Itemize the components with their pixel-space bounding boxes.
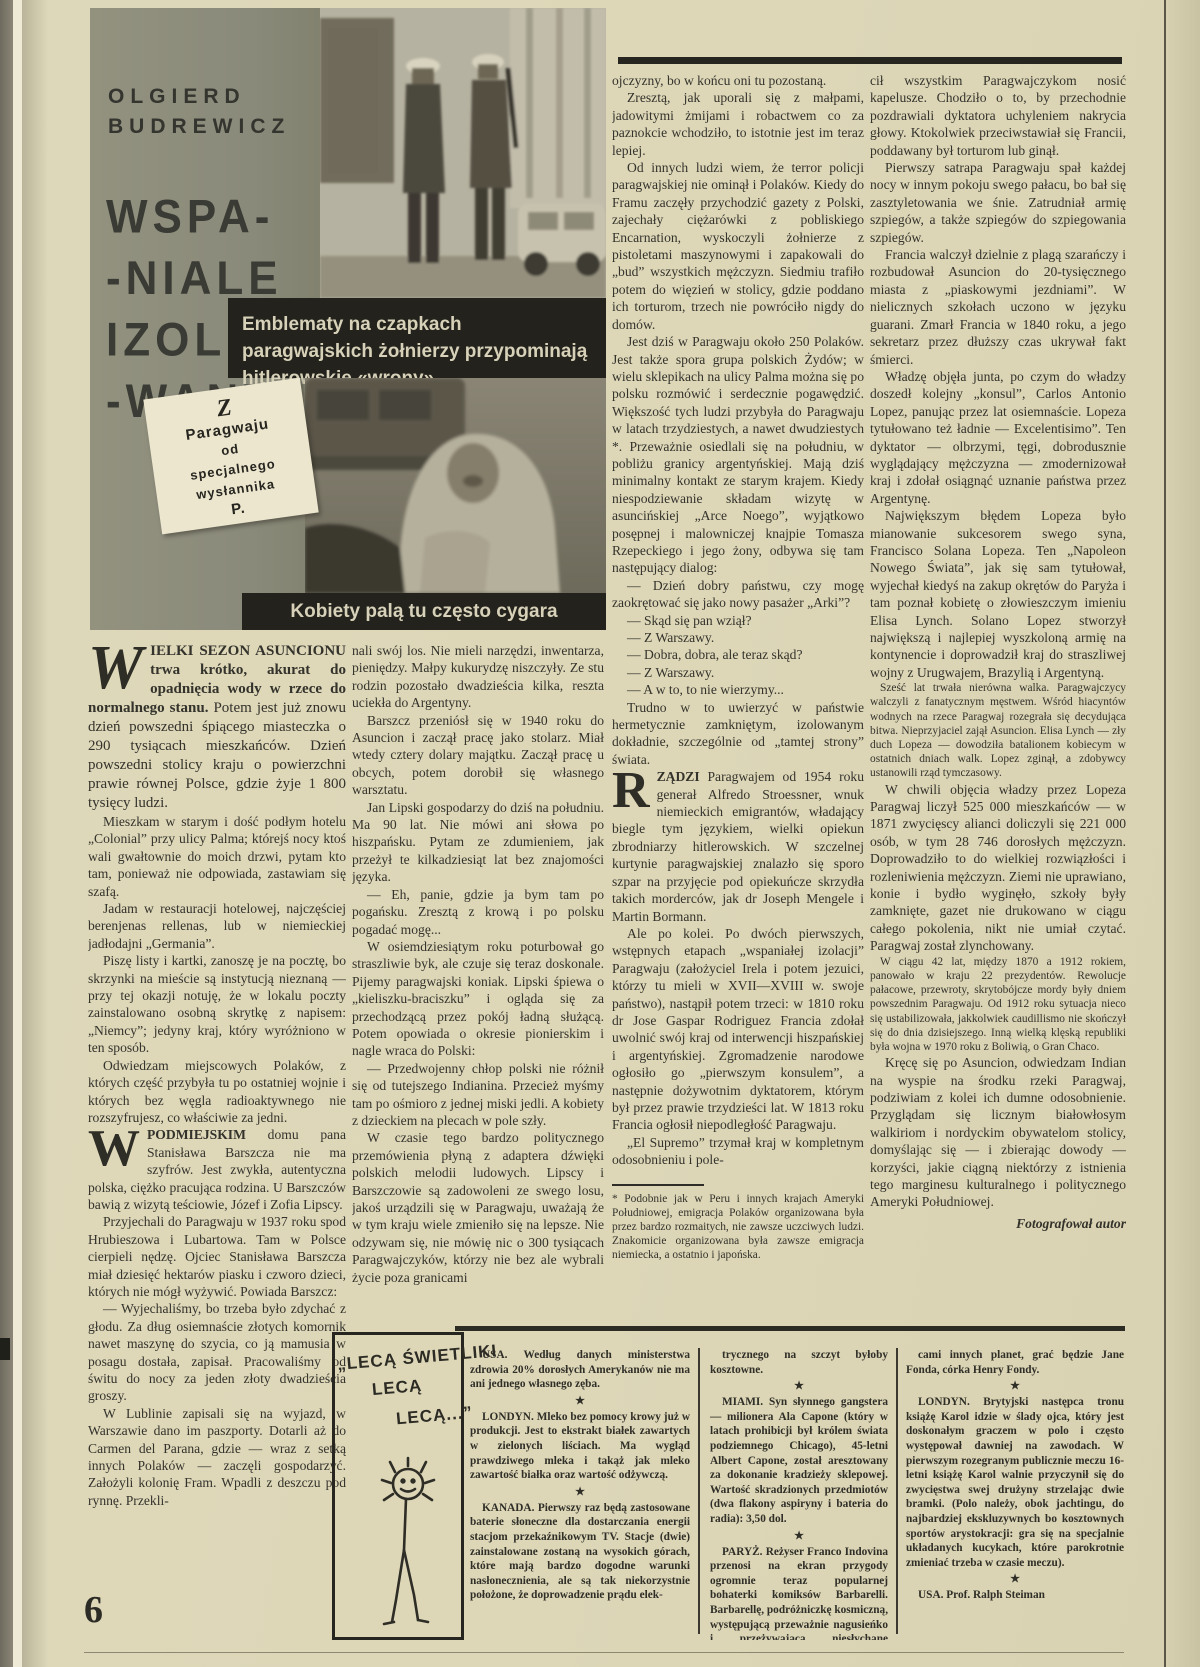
photo-soldiers-image	[320, 8, 606, 298]
page-number: 6	[84, 1588, 103, 1632]
article-column-3: ojczyzny, bo w końcu oni tu pozostaną.Zr…	[612, 72, 864, 1322]
star-separator: ★	[710, 1529, 888, 1543]
news-divider-2	[896, 1348, 898, 1634]
article-paragraph: W ciągu 42 lat, między 1870 a 1912 rokie…	[870, 955, 1126, 1054]
article-paragraph: Sześć lat trwała nierówna walka. Paragwa…	[870, 681, 1126, 780]
news-item: KANADA. Pierwszy raz będą zastosowane ba…	[470, 1501, 690, 1603]
article-paragraph: Fotografował autor	[870, 1211, 1126, 1232]
article-paragraph: — A w to, to nie wierzymy...	[612, 681, 864, 698]
article-paragraph: Pierwszy satrapa Paragwaju spał każdej n…	[870, 159, 1126, 246]
author-line2: BUDREWICZ	[108, 112, 320, 142]
star-separator: ★	[470, 1394, 690, 1408]
article-paragraph: — Skąd się pan wziął?	[612, 612, 864, 629]
article-paragraph: WIELKI SEZON ASUNCIONU trwa krótko, akur…	[88, 642, 346, 813]
article-paragraph: — Z Warszawy.	[612, 664, 864, 681]
star-separator: ★	[470, 1485, 690, 1499]
firefly-doodle	[370, 1450, 440, 1635]
article-paragraph: * Podobnie jak w Peru i innych krajach A…	[612, 1179, 864, 1262]
article-paragraph: Zresztą, jak uporali się z małpami, jado…	[612, 89, 864, 159]
news-section-rule	[455, 1326, 1125, 1331]
article-paragraph: Barszcz przeniósł się w 1940 roku do Asu…	[352, 712, 604, 799]
star-separator: ★	[906, 1379, 1124, 1393]
article-paragraph: Kręcę się po Asuncion, odwiedzam Indian …	[870, 1054, 1126, 1211]
article-paragraph: — Z Warszawy.	[612, 629, 864, 646]
magazine-page: OLGIERD BUDREWICZ WSPA- -NIALE IZOLO- -W…	[0, 0, 1200, 1667]
scan-left-edge	[0, 0, 13, 1667]
article-paragraph: W chwili objęcia władzy przez Lopeza Par…	[870, 781, 1126, 955]
article-paragraph: — Przedwojenny chłop polski nie różnił s…	[352, 1060, 604, 1130]
article-paragraph: Jadam w restauracji hotelowej, najczęści…	[88, 900, 346, 952]
news-column-1: USA. Według danych ministerstwa zdrowia …	[470, 1348, 690, 1640]
article-paragraph: W Lublinie zapisali się na wyjazd, w War…	[88, 1405, 346, 1509]
news-item: USA. Prof. Ralph Steiman	[906, 1588, 1124, 1603]
article-column-2: nali swój los. Nie mieli narzędzi, inwen…	[352, 642, 604, 1324]
news-item: LONDYN. Mleko bez pomocy krowy już w pro…	[470, 1410, 690, 1483]
news-column-2: trycznego na szczyt byłoby kosztowne.★MI…	[710, 1348, 888, 1640]
article-paragraph: — Eh, panie, gdzie ja bym tam po pogańsk…	[352, 886, 604, 938]
author-name: OLGIERD BUDREWICZ	[108, 82, 320, 142]
photo-soldiers	[320, 8, 606, 298]
article-paragraph: cił wszystkim Paragwajczykom nosić kapel…	[870, 72, 1126, 159]
news-divider-1	[698, 1348, 700, 1634]
photo2-caption: Kobiety palą tu często cygara	[242, 593, 606, 630]
article-paragraph: Piszę listy i kartki, zanoszę je na pocz…	[88, 952, 346, 1056]
article-paragraph: Władzę objęła junta, po czym do władzy d…	[870, 368, 1126, 507]
article-paragraph: nali swój los. Nie mieli narzędzi, inwen…	[352, 642, 604, 712]
scan-white-strip	[13, 0, 22, 1667]
article-paragraph: Mieszkam w starym i dość podłym hotelu „…	[88, 813, 346, 900]
drop-cap: R	[612, 768, 657, 811]
article-paragraph: Jest dziś w Paragwaju około 250 Polaków.…	[612, 333, 864, 577]
bottom-rule	[84, 1652, 1124, 1653]
correspondent-badge: Z Paragwaju od specjalnego wysłannika P.	[143, 378, 318, 535]
article-paragraph: Jan Lipski gospodarzy do dziś na południ…	[352, 799, 604, 886]
margin-mark	[0, 1338, 10, 1360]
article-paragraph: Największym błędem Lopeza było mianowani…	[870, 507, 1126, 681]
article-column-4: cił wszystkim Paragwajczykom nosić kapel…	[870, 72, 1126, 1322]
news-item: cami innych planet, grać będzie Jane Fon…	[906, 1348, 1124, 1377]
news-column-3: cami innych planet, grać będzie Jane Fon…	[906, 1348, 1124, 1640]
article-paragraph: ojczyzny, bo w końcu oni tu pozostaną.	[612, 72, 864, 89]
news-item: PARYŻ. Reżyser Franco Indovina przenosi …	[710, 1545, 888, 1640]
title-line1: WSPA-	[106, 186, 320, 248]
article-paragraph: RZĄDZI Paragwajem od 1954 roku generał A…	[612, 768, 864, 925]
article-paragraph: Ale po kolei. Po dwóch pierwszych, wstęp…	[612, 925, 864, 1134]
news-item: LONDYN. Brytyjski następca tronu książę …	[906, 1395, 1124, 1570]
article-paragraph: Francia walczył dzielnie z plagą szarańc…	[870, 246, 1126, 368]
news-item: trycznego na szczyt byłoby kosztowne.	[710, 1348, 888, 1377]
article-paragraph: WPODMIEJSKIM domu pana Stanisława Barszc…	[88, 1126, 346, 1213]
article-paragraph: — Wyjechaliśmy, bo trzeba było zdychać z…	[88, 1300, 346, 1404]
top-rule	[618, 57, 1122, 64]
article-column-1: WIELKI SEZON ASUNCIONU trwa krótko, akur…	[88, 642, 346, 1570]
article-paragraph: — Dzień dobry państwu, czy mogę zaokręto…	[612, 577, 864, 612]
article-paragraph: „El Supremo” trzymał kraj w kompletnym o…	[612, 1134, 864, 1169]
article-paragraph: W osiemdziesiątym roku poturbował go str…	[352, 938, 604, 1060]
article-paragraph: Przyjechali do Paragwaju w 1937 roku spo…	[88, 1213, 346, 1300]
article-paragraph: W czasie tego bardzo politycznego przemó…	[352, 1129, 604, 1286]
article-paragraph: Odwiedzam miejscowych Polaków, z których…	[88, 1057, 346, 1127]
photo1-caption: Emblematy na czapkach paragwajskich żołn…	[228, 298, 606, 378]
article-paragraph: Od innych ludzi wiem, że terror policji …	[612, 159, 864, 333]
star-separator: ★	[710, 1379, 888, 1393]
author-line1: OLGIERD	[108, 82, 320, 112]
drop-cap: W	[88, 1126, 147, 1169]
article-paragraph: — Dobra, dobra, ale teraz skąd?	[612, 646, 864, 663]
photo-woman-image	[305, 378, 606, 593]
scan-shadow	[22, 0, 48, 1667]
news-item: MIAMI. Syn słynnego gangstera — milioner…	[710, 1395, 888, 1526]
photo-woman	[305, 378, 606, 593]
news-item: USA. Według danych ministerstwa zdrowia …	[470, 1348, 690, 1392]
article-paragraph: Trudno w to uwierzyć w państwie hermetyc…	[612, 699, 864, 769]
drop-cap: W	[88, 642, 150, 691]
star-separator: ★	[906, 1572, 1124, 1586]
scan-right-edge	[1166, 0, 1200, 1667]
